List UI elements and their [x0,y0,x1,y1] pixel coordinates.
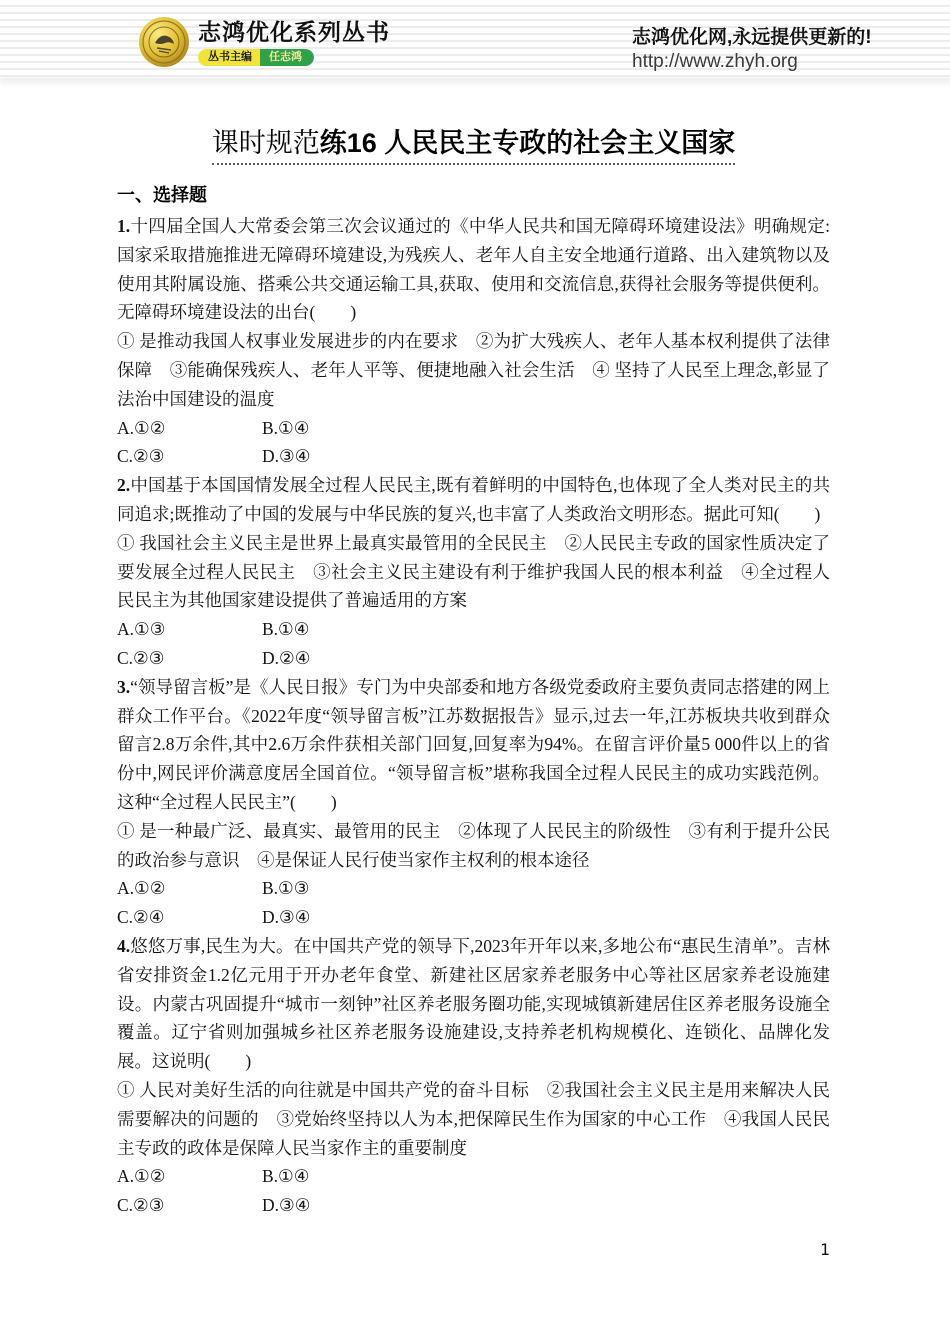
question-3-option-a: A.①② [117,874,262,903]
question-2-statements: ① 我国社会主义民主是世界上最真实最管用的全民民主 ②人民民主专政的国家性质决定… [117,529,830,615]
question-2-options: A.①③ B.①④ C.②③ D.②④ [117,615,830,673]
question-2-number: 2. [117,475,130,495]
question-4-options: A.①② B.①④ C.②③ D.③④ [117,1162,830,1220]
question-1-statements: ① 是推动我国人权事业发展进步的内在要求 ②为扩大残疾人、老年人基本权利提供了法… [117,327,830,413]
editor-label: 丛书主编 [198,49,260,66]
page-title-main: 练16 人民民主专政的社会主义国家 [320,128,736,158]
header-band: 志鸿优化系列丛书 丛书主编 任志鸿 志鸿优化网,永远提供更新的! http://… [0,0,950,80]
question-1-stem: 1.十四届全国人大常委会第三次会议通过的《中华人民共和国无障碍环境建设法》明确规… [117,212,830,327]
question-3-option-b: B.①③ [262,874,830,903]
question-2-option-c: C.②③ [117,644,262,673]
document-content: 课时规范练16 人民民主专政的社会主义国家 一、选择题 1.十四届全国人大常委会… [0,126,950,1220]
question-2-stem: 2.中国基于本国国情发展全过程人民民主,既有着鲜明的中国特色,也体现了全人类对民… [117,471,830,529]
site-url: http://www.zhyh.org [632,50,872,74]
question-1-option-d: D.③④ [262,442,830,471]
editor-pill: 丛书主编 任志鸿 [198,49,314,66]
site-slogan: 志鸿优化网,永远提供更新的! [632,26,872,50]
question-4-number: 4. [117,936,130,956]
question-2: 2.中国基于本国国情发展全过程人民民主,既有着鲜明的中国特色,也体现了全人类对民… [117,471,830,673]
page-title-underline: 课时规范练16 人民民主专政的社会主义国家 [212,126,736,165]
question-1-stem-text: 十四届全国人大常委会第三次会议通过的《中华人民共和国无障碍环境建设法》明确规定:… [117,216,830,322]
question-4-option-d: D.③④ [262,1191,830,1220]
question-3-option-c: C.②④ [117,903,262,932]
question-1-options: A.①② B.①④ C.②③ D.③④ [117,414,830,472]
question-3-stem: 3.“领导留言板”是《人民日报》专门为中央部委和地方各级党委政府主要负责同志搭建… [117,673,830,817]
question-4: 4.悠悠万事,民生为大。在中国共产党的领导下,2023年开年以来,多地公布“惠民… [117,932,830,1220]
question-4-stem: 4.悠悠万事,民生为大。在中国共产党的领导下,2023年开年以来,多地公布“惠民… [117,932,830,1076]
question-3-option-d: D.③④ [262,903,830,932]
editor-name: 任志鸿 [260,49,314,66]
question-4-option-a: A.①② [117,1162,262,1191]
question-3-statements: ① 是一种最广泛、最真实、最管用的民主 ②体现了人民民主的阶级性 ③有利于提升公… [117,817,830,875]
question-1-number: 1. [117,216,130,236]
question-3-number: 3. [117,677,130,697]
section-heading: 一、选择题 [117,181,830,210]
question-4-statements: ① 人民对美好生活的向往就是中国共产党的奋斗目标 ②我国社会主义民主是用来解决人… [117,1076,830,1162]
question-2-option-a: A.①③ [117,615,262,644]
question-2-option-b: B.①④ [262,615,830,644]
page-title-prefix: 课时规范 [212,128,320,158]
page-title: 课时规范练16 人民民主专政的社会主义国家 [117,126,830,165]
question-4-option-b: B.①④ [262,1162,830,1191]
question-1: 1.十四届全国人大常委会第三次会议通过的《中华人民共和国无障碍环境建设法》明确规… [117,212,830,471]
question-1-option-c: C.②③ [117,442,262,471]
question-1-option-b: B.①④ [262,414,830,443]
question-3-stem-text: “领导留言板”是《人民日报》专门为中央部委和地方各级党委政府主要负责同志搭建的网… [117,677,830,812]
brand-block: 志鸿优化系列丛书 丛书主编 任志鸿 [138,16,390,68]
question-2-option-d: D.②④ [262,644,830,673]
question-3: 3.“领导留言板”是《人民日报》专门为中央部委和地方各级党委政府主要负责同志搭建… [117,673,830,932]
page-number: 1 [820,1240,830,1260]
brand-title: 志鸿优化系列丛书 [198,20,390,44]
site-info-block: 志鸿优化网,永远提供更新的! http://www.zhyh.org [632,26,872,74]
question-3-options: A.①② B.①③ C.②④ D.③④ [117,874,830,932]
worksheet-page: 志鸿优化系列丛书 丛书主编 任志鸿 志鸿优化网,永远提供更新的! http://… [0,0,950,1344]
brand-text-block: 志鸿优化系列丛书 丛书主编 任志鸿 [198,16,390,66]
question-4-stem-text: 悠悠万事,民生为大。在中国共产党的领导下,2023年开年以来,多地公布“惠民生清… [117,936,830,1071]
gold-medallion-icon [138,16,190,68]
question-4-option-c: C.②③ [117,1191,262,1220]
question-2-stem-text: 中国基于本国国情发展全过程人民民主,既有着鲜明的中国特色,也体现了全人类对民主的… [117,475,830,524]
question-1-option-a: A.①② [117,414,262,443]
